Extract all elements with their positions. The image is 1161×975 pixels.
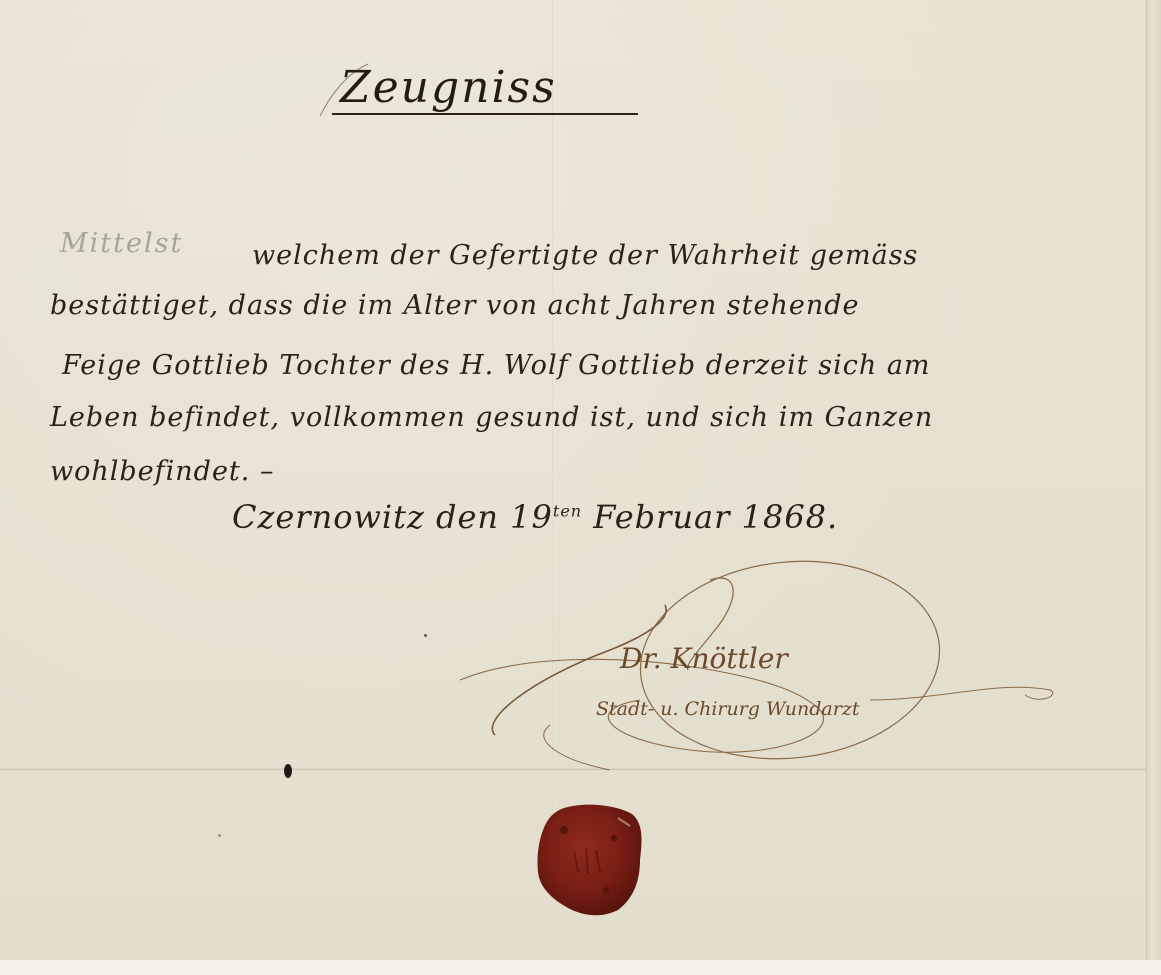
body-line-4: Leben befindet, vollkommen gesund ist, u… (50, 402, 933, 433)
body-line-1: welchem der Gefertigte der Wahrheit gemä… (252, 240, 918, 271)
title-underline (332, 113, 638, 115)
pencil-annotation: Mittelst (60, 228, 183, 259)
date-day: den 19 (436, 498, 553, 536)
body-line-5: wohlbefindet. – (50, 456, 274, 487)
date-superscript: ten (553, 501, 582, 520)
wax-seal-icon (534, 802, 646, 918)
right-paper-edge (1146, 0, 1161, 975)
date-month-year: Februar 1868. (593, 498, 838, 536)
date-line: Czernowitz den 19ten Februar 1868. (232, 498, 838, 536)
document-sheet: Zeugniss Mittelst welchem der Gefertigte… (0, 0, 1161, 975)
date-place: Czernowitz (232, 498, 425, 536)
body-line-2: bestättiget, dass die im Alter von acht … (50, 290, 860, 321)
paper-speck (218, 834, 221, 837)
signature-name: Dr. Knöttler (620, 642, 788, 675)
document-title: Zeugniss (340, 62, 557, 113)
ink-blot (284, 764, 292, 778)
signature-title: Stadt- u. Chirurg Wundarzt (596, 698, 859, 720)
body-line-3: Feige Gottlieb Tochter des H. Wolf Gottl… (62, 350, 931, 381)
bottom-paper-edge (0, 960, 1161, 975)
paper-speck (424, 634, 427, 637)
